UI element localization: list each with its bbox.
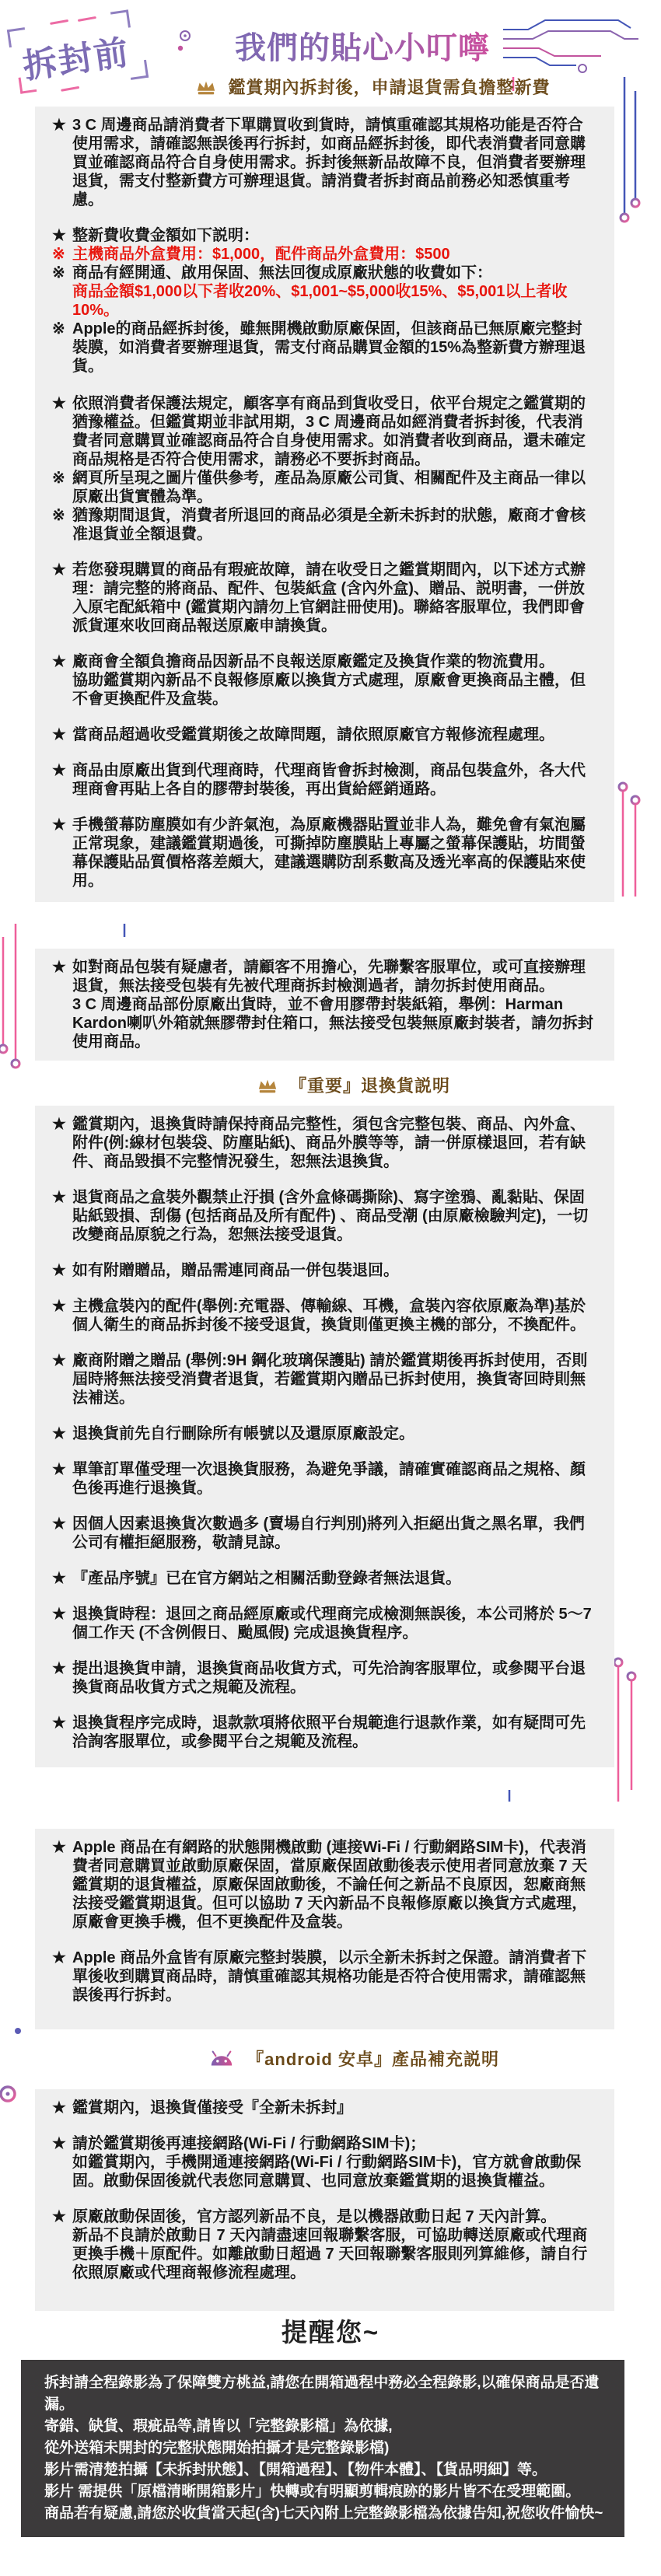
notice-line: ★手機螢幕防塵膜如有少許氣泡，為原廠機器貼置並非人為，難免會有氣泡屬正常現象，建… [52,816,594,890]
notice-text: 退貨商品之盒裝外觀禁止汙損 (含外盒條碼撕除)、寫字塗鴉、亂黏貼、保固貼紙毀損、… [72,1189,588,1243]
star-bullet-icon: ★ [52,1424,66,1443]
notice-text: 廠商會全額負擔商品因新品不良報送原廠鑑定及換貨作業的物流費用。 [72,653,554,670]
video-notice-box: 拆封請全程錄影為了保障雙方桃益,請您在開箱過程中務必全程錄影,以確保商品是否遺漏… [21,2360,624,2537]
star-bullet-icon: ★ [52,2207,66,2226]
section-heading-android: 『android 安卓』產品補充説明 [23,2046,661,2071]
star-bullet-icon: ★ [52,1351,66,1370]
notice-paragraph: ★提出退換貨申請，退換貨商品收貨方式，可先洽詢客服單位，或參閱平台退換貨商品收貨… [52,1659,594,1697]
notice-text: 如對商品包裝有疑慮者，請顧客不用擔心，先聯繫客服單位，或可直接辦理退貨，無法接受… [72,959,586,994]
notice-line: 3 C 周邊商品部份原廠出貨時，並不會用膠帶封裝紙箱，舉例：Harman Kar… [52,995,594,1051]
notice-box-not-trial: ★依照消費者保護法規定，顧客享有商品到貨收受日，依平台規定之鑑賞期的猶豫權益。但… [35,385,614,902]
notice-text: 提出退換貨申請，退換貨商品收貨方式，可先洽詢客服單位，或參閱平台退換貨商品收貨方… [72,1660,586,1696]
notice-line: 如鑑賞期內，手機開通連接網路(Wi-Fi / 行動網路SIM卡)，官方就會啟動保… [52,2153,594,2190]
note-bullet-icon: ※ [52,264,65,282]
star-bullet-icon: ★ [52,1261,66,1280]
notice-text: 若您發現購買的商品有瑕疵故障，請在收受日之鑑賞期間內，以下述方式辦理：請完整的將… [72,561,586,634]
notice-text: 整新費收費金額如下説明： [72,227,259,244]
video-notice-line: 影片 需提供「原檔清晰開箱影片」快轉或有明顯剪輯痕跡的影片皆不在受理範圍。 [44,2481,609,2503]
notice-line: ※網頁所呈現之圖片僅供參考，產品為原廠公司貨、相關配件及主商品一律以原廠出貨實體… [52,469,594,506]
notice-text: 如鑑賞期內，手機開通連接網路(Wi-Fi / 行動網路SIM卡)，官方就會啟動保… [72,2154,581,2190]
star-bullet-icon: ★ [52,725,66,744]
note-bullet-icon: ※ [52,320,65,338]
video-notice-line: 影片需清楚拍攝【未拆封狀態】、【開箱過程】、【物件本體】、【貨品明細】等。 [44,2459,609,2481]
notice-line: ★退換貨時程：退回之商品經原廠或代理商完成檢測無誤後，本公司將於 5～7 個工作… [52,1605,594,1642]
note-bullet-icon: ※ [52,506,65,525]
notice-line: ※猶豫期間退貨，消費者所退回的商品必須是全新未拆封的狀態，廠商才會核准退貨並全額… [52,506,594,544]
notice-paragraph: ★Apple 商品在有網路的狀態開機啟動 (連接Wi-Fi / 行動網路SIM卡… [52,1838,594,1931]
notice-line: ★廠商會全額負擔商品因新品不良報送原廠鑑定及換貨作業的物流費用。 [52,652,594,671]
star-bullet-icon: ★ [52,652,66,671]
notice-text: 當商品超過收受鑑賞期後之故障問題，請依照原廠官方報修流程處理。 [72,726,554,743]
notice-text: 退換貨時程：退回之商品經原廠或代理商完成檢測無誤後，本公司將於 5～7 個工作天… [72,1606,592,1641]
promo-notice-page: 拆封前 我們的貼心小叮嚀 [0,0,661,2576]
notice-paragraph: ★手機螢幕防塵膜如有少許氣泡，為原廠機器貼置並非人為，難免會有氣泡屬正常現象，建… [52,816,594,890]
notice-paragraph: ★退換貨程序完成時，退款款項將依照平台規範進行退款作業，如有疑問可先洽詢客服單位… [52,1714,594,1751]
star-bullet-icon: ★ [52,1605,66,1624]
notice-paragraph: ★廠商附贈之贈品 (舉例:9H 鋼化玻璃保護貼) 請於鑑賞期後再拆封使用，否則屆… [52,1351,594,1407]
notice-paragraph: ★依照消費者保護法規定，顧客享有商品到貨收受日，依平台規定之鑑賞期的猶豫權益。但… [52,394,594,544]
notice-box-return-rules: ★鑑賞期內，退換貨時請保持商品完整性，須包含完整包裝、商品、內外盒、附件(例:線… [35,1106,614,1767]
video-notice-line: 拆封請全程錄影為了保障雙方桃益,請您在開箱過程中務必全程錄影,以確保商品是否遺漏… [44,2372,609,2416]
notice-box-refurb-fee: ★3 C 周邊商品請消費者下單購買收到貨時，請慎重確認其規格功能是否符合使用需求… [35,107,614,385]
video-notice-line: 商品若有疑慮,請您於收貨當天起(含)七天內附上完整錄影檔為依據告知,祝您收件愉快… [44,2503,609,2525]
note-bullet-icon: ※ [52,245,65,264]
notice-text: Apple 商品外盒皆有原廠完整封裝膜，以示全新未拆封之保證。請消費者下單後收到… [72,1949,586,2004]
notice-text: 依照消費者保護法規定，顧客享有商品到貨收受日，依平台規定之鑑賞期的猶豫權益。但鑑… [72,395,586,468]
notice-paragraph: ★因個人因素退換貨次數過多 (賣場自行判別)將列入拒絕出貨之黑名單，我們公司有權… [52,1515,594,1552]
notice-paragraph: ★3 C 周邊商品請消費者下單購買收到貨時，請慎重確認其規格功能是否符合使用需求… [52,116,594,209]
notice-text: 因個人因素退換貨次數過多 (賣場自行判別)將列入拒絕出貨之黑名單，我們公司有權拒… [72,1515,585,1551]
notice-paragraph: ★當商品超過收受鑑賞期後之故障問題，請依照原廠官方報修流程處理。 [52,725,594,744]
star-bullet-icon: ★ [52,1949,66,1967]
notice-line: ★如對商品包裝有疑慮者，請顧客不用擔心，先聯繫客服單位，或可直接辦理退貨，無法接… [52,958,594,995]
star-bullet-icon: ★ [52,226,66,245]
star-bullet-icon: ★ [52,761,66,780]
notice-text: 商品由原廠出貨到代理商時，代理商皆會拆封檢測，商品包裝盒外，各大代理商會再貼上各… [72,762,586,798]
notice-text: 原廠啟動保固後，官方認列新品不良，是以機器啟動日起 7 天內計算。 [72,2208,556,2225]
notice-line: ★如有附贈贈品，贈品需連同商品一併包裝退回。 [52,1261,594,1280]
notice-line: ※商品有經開通、啟用保固、無法回復成原廠狀態的收費如下： [52,264,594,282]
notice-paragraph: ★退換貨時程：退回之商品經原廠或代理商完成檢測無誤後，本公司將於 5～7 個工作… [52,1605,594,1642]
notice-paragraph: ★如有附贈贈品，贈品需連同商品一併包裝退回。 [52,1261,594,1280]
notice-paragraph: ★退貨商品之盒裝外觀禁止汙損 (含外盒條碼撕除)、寫字塗鴉、亂黏貼、保固貼紙毀損… [52,1188,594,1244]
video-notice-line: 從外送箱未開封的完整狀態開始拍攝才是完整錄影檔) [44,2438,609,2459]
star-bullet-icon: ★ [52,1115,66,1134]
notice-text: 手機螢幕防塵膜如有少許氣泡，為原廠機器貼置並非人為，難免會有氣泡屬正常現象，建議… [72,816,586,890]
notice-paragraph: ★廠商會全額負擔商品因新品不良報送原廠鑑定及換貨作業的物流費用。協助鑑賞期內新品… [52,652,594,708]
notice-line: ★鑑賞期內，退換貨僅接受『全新未拆封』 [52,2099,594,2117]
notice-line: ★因個人因素退換貨次數過多 (賣場自行判別)將列入拒絕出貨之黑名單，我們公司有權… [52,1515,594,1552]
stamp-dash-icon [50,19,68,25]
notice-text: Apple的商品經拆封後，雖無開機啟動原廠保固，但該商品已無原廠完整封裝膜，如消… [72,320,586,375]
notice-text: 鑑賞期內，退換貨僅接受『全新未拆封』 [72,2099,352,2116]
notice-paragraph: ★整新費收費金額如下説明：※主機商品外盒費用：$1,000，配件商品外盒費用：$… [52,226,594,376]
notice-box-android: ★鑑賞期內，退換貨僅接受『全新未拆封』★請於鑑賞期後再連接網路(Wi-Fi / … [35,2089,614,2311]
notice-line: ★商品由原廠出貨到代理商時，代理商皆會拆封檢測，商品包裝盒外，各大代理商會再貼上… [52,761,594,799]
notice-text: 網頁所呈現之圖片僅供參考，產品為原廠公司貨、相關配件及主商品一律以原廠出貨實體為… [72,470,586,505]
notice-text: 商品金額$1,000以下者收20%、$1,001~$5,000收15%、$5,0… [72,283,567,319]
notice-line: ★請於鑑賞期後再連接網路(Wi-Fi / 行動網路SIM卡)； [52,2134,594,2153]
notice-line: ★退貨商品之盒裝外觀禁止汙損 (含外盒條碼撕除)、寫字塗鴉、亂黏貼、保固貼紙毀損… [52,1188,594,1244]
star-bullet-icon: ★ [52,1188,66,1207]
circuit-traces-right-icon [502,17,642,75]
pin-lines-right-icon [614,778,649,902]
notice-line: ★主機盒裝內的配件(舉例:充電器、傳輸線、耳機，盒裝內容依原廠為準)基於個人衛生… [52,1297,594,1334]
star-bullet-icon: ★ [52,2134,66,2153]
notice-line: ★Apple 商品在有網路的狀態開機啟動 (連接Wi-Fi / 行動網路SIM卡… [52,1838,594,1931]
notice-text: 請於鑑賞期後再連接網路(Wi-Fi / 行動網路SIM卡)； [72,2135,425,2152]
notice-text: 猶豫期間退貨，消費者所退回的商品必須是全新未拆封的狀態，廠商才會核准退貨並全額退… [72,507,586,543]
notice-line: ※主機商品外盒費用：$1,000，配件商品外盒費用：$500 [52,245,594,264]
notice-line: ★提出退換貨申請，退換貨商品收貨方式，可先洽詢客服單位，或參閱平台退換貨商品收貨… [52,1659,594,1697]
notice-text: Apple 商品在有網路的狀態開機啟動 (連接Wi-Fi / 行動網路SIM卡)… [72,1839,587,1931]
section-heading-return-policy: 『重要』退換貨説明 [23,1073,661,1097]
notice-line: ★鑑賞期內，退換貨時請保持商品完整性，須包含完整包裝、商品、內外盒、附件(例:線… [52,1115,594,1171]
notice-text: 退換貨前先自行刪除所有帳號以及還原原廠設定。 [72,1425,414,1442]
notice-box-apple: ★Apple 商品在有網路的狀態開機啟動 (連接Wi-Fi / 行動網路SIM卡… [35,1829,614,2029]
star-bullet-icon: ★ [52,1838,66,1857]
video-notice-line: 寄錯、缺貨、瑕疵品等,請皆以「完整錄影檔」為依據, [44,2416,609,2438]
notice-line: ★Apple 商品外盒皆有原廠完整封裝膜，以示全新未拆封之保證。請消費者下單後收… [52,1949,594,2005]
notice-text: 主機商品外盒費用：$1,000，配件商品外盒費用：$500 [72,246,450,263]
notice-line: ★依照消費者保護法規定，顧客享有商品到貨收受日，依平台規定之鑑賞期的猶豫權益。但… [52,394,594,469]
section-heading-refurb-fee: 鑑賞期內拆封後，申請退貨需負擔整新費 [43,75,661,99]
star-bullet-icon: ★ [52,816,66,834]
notice-paragraph: ★原廠啟動保固後，官方認列新品不良，是以機器啟動日起 7 天內計算。新品不良請於… [52,2207,594,2282]
notice-line: ★若您發現購買的商品有瑕疵故障，請在收受日之鑑賞期間內，以下述方式辦理：請完整的… [52,561,594,635]
notice-line: ★當商品超過收受鑑賞期後之故障問題，請依照原廠官方報修流程處理。 [52,725,594,744]
notice-text: 主機盒裝內的配件(舉例:充電器、傳輸線、耳機，盒裝內容依原廠為準)基於個人衛生的… [72,1298,586,1333]
star-bullet-icon: ★ [52,2099,66,2117]
android-icon [208,2050,235,2067]
star-bullet-icon: ★ [52,1515,66,1533]
notice-line: 商品金額$1,000以下者收20%、$1,001~$5,000收15%、$5,0… [52,282,594,320]
notice-line: ★廠商附贈之贈品 (舉例:9H 鋼化玻璃保護貼) 請於鑑賞期後再拆封使用，否則屆… [52,1351,594,1407]
notice-line: ★整新費收費金額如下説明： [52,226,594,245]
notice-text: 如有附贈贈品，贈品需連同商品一併包裝退回。 [72,1262,399,1279]
star-bullet-icon: ★ [52,1297,66,1316]
stamp-dash-icon [78,16,96,22]
star-bullet-icon: ★ [52,958,66,977]
notice-paragraph: ★退換貨前先自行刪除所有帳號以及還原原廠設定。 [52,1424,594,1443]
star-bullet-icon: ★ [52,1460,66,1479]
notice-text: 廠商附贈之贈品 (舉例:9H 鋼化玻璃保護貼) 請於鑑賞期後再拆封使用，否則屆時… [72,1352,587,1407]
notice-line: ★『產品序號』已在官方網站之相關活動登錄者無法退貨。 [52,1569,594,1588]
section-heading-label: 鑑賞期內拆封後，申請退貨需負擔整新費 [229,78,551,97]
notice-paragraph: ★主機盒裝內的配件(舉例:充電器、傳輸線、耳機，盒裝內容依原廠為準)基於個人衛生… [52,1297,594,1334]
notice-text: 新品不良請於啟動日 7 天內請盡速回報聯繫客服，可協助轉送原廠或代理商更換手機＋… [72,2227,587,2281]
notice-line: ★單筆訂單僅受理一次退換貨服務，為避免爭議，請確實確認商品之規格、顏色後再進行退… [52,1460,594,1498]
star-bullet-icon: ★ [52,561,66,579]
star-bullet-icon: ★ [52,1659,66,1678]
notice-paragraph: ★單筆訂單僅受理一次退換貨服務，為避免爭議，請確實確認商品之規格、顏色後再進行退… [52,1460,594,1498]
notice-paragraph: ★商品由原廠出貨到代理商時，代理商皆會拆封檢測，商品包裝盒外，各大代理商會再貼上… [52,761,594,799]
notice-paragraph: ★鑑賞期內，退換貨時請保持商品完整性，須包含完整包裝、商品、內外盒、附件(例:線… [52,1115,594,1171]
notice-text: 3 C 周邊商品請消費者下單購買收到貨時，請慎重確認其規格功能是否符合使用需求，… [72,117,586,208]
notice-text: 3 C 周邊商品部份原廠出貨時，並不會用膠帶封裝紙箱，舉例：Harman Kar… [72,996,593,1050]
notice-paragraph: ★如對商品包裝有疑慮者，請顧客不用擔心，先聯繫客服單位，或可直接辦理退貨，無法接… [52,958,594,1051]
notice-text: 商品有經開通、啟用保固、無法回復成原廠狀態的收費如下： [72,264,492,281]
page-title: 我們的貼心小叮嚀 [235,23,490,68]
reminder-title: 提醒您~ [0,2312,661,2349]
star-bullet-icon: ★ [52,1714,66,1732]
pin-lines-bottom-left-icon [0,1819,39,2115]
notice-paragraph: ★若您發現購買的商品有瑕疵故障，請在收受日之鑑賞期間內，以下述方式辦理：請完整的… [52,561,594,635]
crown-icon [196,80,216,96]
notice-line: 協助鑑賞期內新品不良報修原廠以換貨方式處理，原廠會更換商品主體，但不會更換配件及… [52,671,594,708]
notice-line: ★3 C 周邊商品請消費者下單購買收到貨時，請慎重確認其規格功能是否符合使用需求… [52,116,594,209]
star-bullet-icon: ★ [52,1569,66,1588]
notice-line: ※Apple的商品經拆封後，雖無開機啟動原廠保固，但該商品已無原廠完整封裝膜，如… [52,320,594,376]
notice-text: 『產品序號』已在官方網站之相關活動登錄者無法退貨。 [72,1570,461,1587]
notice-paragraph: ★鑑賞期內，退換貨僅接受『全新未拆封』 [52,2099,594,2117]
notice-text: 鑑賞期內，退換貨時請保持商品完整性，須包含完整包裝、商品、內外盒、附件(例:線材… [72,1116,586,1170]
notice-paragraph: ★請於鑑賞期後再連接網路(Wi-Fi / 行動網路SIM卡)；如鑑賞期內，手機開… [52,2134,594,2190]
star-bullet-icon: ★ [52,116,66,135]
notice-line: ★退換貨前先自行刪除所有帳號以及還原原廠設定。 [52,1424,594,1443]
section-heading-label: 『android 安卓』產品補充説明 [247,2050,499,2069]
note-bullet-icon: ※ [52,469,65,488]
notice-box-packaging-doubt: ★如對商品包裝有疑慮者，請顧客不用擔心，先聯繫客服單位，或可直接辦理退貨，無法接… [35,949,614,1061]
section-heading-label: 『重要』退換貨説明 [289,1076,450,1096]
notice-text: 協助鑑賞期內新品不良報修原廠以換貨方式處理，原廠會更換商品主體，但不會更換配件及… [72,672,586,708]
notice-line: ★退換貨程序完成時，退款款項將依照平台規範進行退款作業，如有疑問可先洽詢客服單位… [52,1714,594,1751]
notice-text: 退換貨程序完成時，退款款項將依照平台規範進行退款作業，如有疑問可先洽詢客服單位，… [72,1714,586,1750]
star-bullet-icon: ★ [52,394,66,413]
notice-line: ★原廠啟動保固後，官方認列新品不良，是以機器啟動日起 7 天內計算。 [52,2207,594,2226]
notice-paragraph: ★『產品序號』已在官方網站之相關活動登錄者無法退貨。 [52,1569,594,1588]
crown-icon [257,1078,278,1094]
notice-line: 新品不良請於啟動日 7 天內請盡速回報聯繫客服，可協助轉送原廠或代理商更換手機＋… [52,2226,594,2282]
notice-text: 單筆訂單僅受理一次退換貨服務，為避免爭議，請確實確認商品之規格、顏色後再進行退換… [72,1461,586,1497]
notice-paragraph: ★Apple 商品外盒皆有原廠完整封裝膜，以示全新未拆封之保證。請消費者下單後收… [52,1949,594,2005]
